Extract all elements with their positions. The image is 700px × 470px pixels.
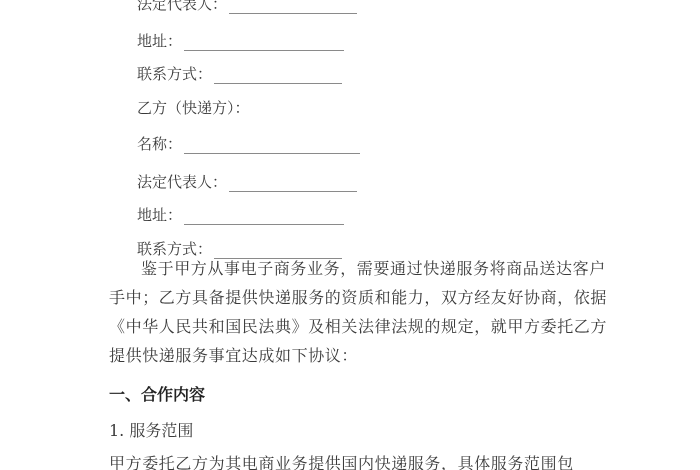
- name-blank-field[interactable]: [184, 139, 360, 154]
- party-b-name-row: 名称：: [137, 134, 360, 154]
- subsection-heading: 1. 服务范围: [109, 418, 193, 441]
- paragraph-line: 《中华人民共和国民法典》及相关法律法规的规定，就甲方委托乙方: [109, 312, 589, 341]
- field-label: 法定代表人：: [137, 172, 227, 192]
- section-body-text: 甲方委托乙方为其电商业务提供国内快递服务，具体服务范围包: [109, 451, 574, 470]
- paragraph-line: 手中；乙方具备提供快递服务的资质和能力，双方经友好协商，依据: [109, 283, 589, 312]
- address-blank-field[interactable]: [184, 36, 344, 51]
- legal-rep-blank-field[interactable]: [229, 0, 357, 14]
- field-label: 地址：: [137, 31, 182, 51]
- paragraph-line: 提供快递服务事宜达成如下协议：: [109, 341, 589, 370]
- field-label: 法定代表人：: [137, 0, 227, 14]
- field-label: 名称：: [137, 134, 182, 154]
- field-label: 地址：: [137, 205, 182, 225]
- party-a-contact-row: 联系方式：: [137, 64, 342, 84]
- section-heading: 一、合作内容: [109, 382, 205, 405]
- party-a-address-row: 地址：: [137, 31, 344, 51]
- field-label: 联系方式：: [137, 64, 212, 84]
- preamble-paragraph: 鉴于甲方从事电子商务业务，需要通过快递服务将商品送达客户 手中；乙方具备提供快递…: [109, 254, 589, 370]
- party-b-heading-text: 乙方（快递方）：: [137, 98, 250, 118]
- party-a-legal-rep-row: 法定代表人：: [137, 0, 357, 14]
- party-b-address-row: 地址：: [137, 205, 344, 225]
- contact-blank-field[interactable]: [214, 69, 342, 84]
- party-b-legal-rep-row: 法定代表人：: [137, 172, 357, 192]
- address-blank-field[interactable]: [184, 210, 344, 225]
- paragraph-line: 鉴于甲方从事电子商务业务，需要通过快递服务将商品送达客户: [109, 254, 589, 283]
- legal-rep-blank-field[interactable]: [229, 177, 357, 192]
- party-b-heading: 乙方（快递方）：: [137, 98, 250, 118]
